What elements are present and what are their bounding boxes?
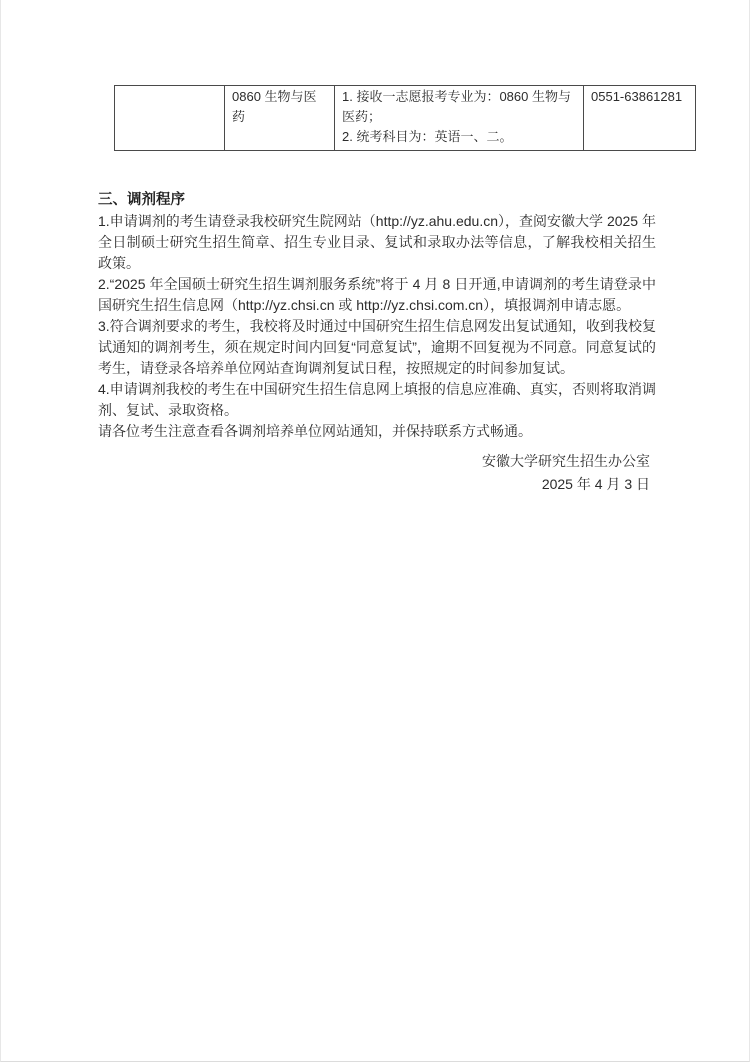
- section-heading: 三、调剂程序: [98, 189, 656, 211]
- paragraph-2: 2.“2025 年全国硕士研究生招生调剂服务系统”将于 4 月 8 日开通,申请…: [98, 274, 656, 316]
- document-page: 0860 生物与医药 1. 接收一志愿报考专业为：0860 生物与医药； 2. …: [0, 0, 750, 1062]
- cell-requirements: 1. 接收一志愿报考专业为：0860 生物与医药； 2. 统考科目为：英语一、二…: [335, 86, 584, 151]
- cell-phone: 0551-63861281: [584, 86, 696, 151]
- requirement-item-1: 1. 接收一志愿报考专业为：0860 生物与医药；: [342, 87, 577, 127]
- section-transfer-procedure: 三、调剂程序 1.申请调剂的考生请登录我校研究生院网站（http://yz.ah…: [98, 189, 656, 496]
- paragraph-1: 1.申请调剂的考生请登录我校研究生院网站（http://yz.ahu.edu.c…: [98, 211, 656, 274]
- closing-note: 请各位考生注意查看各调剂培养单位网站通知，并保持联系方式畅通。: [98, 421, 656, 442]
- signature-date: 2025 年 4 月 3 日: [98, 472, 650, 496]
- cell-program: 0860 生物与医药: [225, 86, 335, 151]
- requirement-item-2: 2. 统考科目为：英语一、二。: [342, 127, 577, 147]
- transfer-programs-table: 0860 生物与医药 1. 接收一志愿报考专业为：0860 生物与医药； 2. …: [114, 85, 696, 151]
- table-row: 0860 生物与医药 1. 接收一志愿报考专业为：0860 生物与医药； 2. …: [115, 86, 696, 151]
- cell-unit: [115, 86, 225, 151]
- signature-office: 安徽大学研究生招生办公室: [98, 450, 650, 472]
- signature-block: 安徽大学研究生招生办公室 2025 年 4 月 3 日: [98, 450, 656, 496]
- paragraph-3: 3.符合调剂要求的考生，我校将及时通过中国研究生招生信息网发出复试通知，收到我校…: [98, 316, 656, 379]
- paragraph-4: 4.申请调剂我校的考生在中国研究生招生信息网上填报的信息应准确、真实，否则将取消…: [98, 379, 656, 421]
